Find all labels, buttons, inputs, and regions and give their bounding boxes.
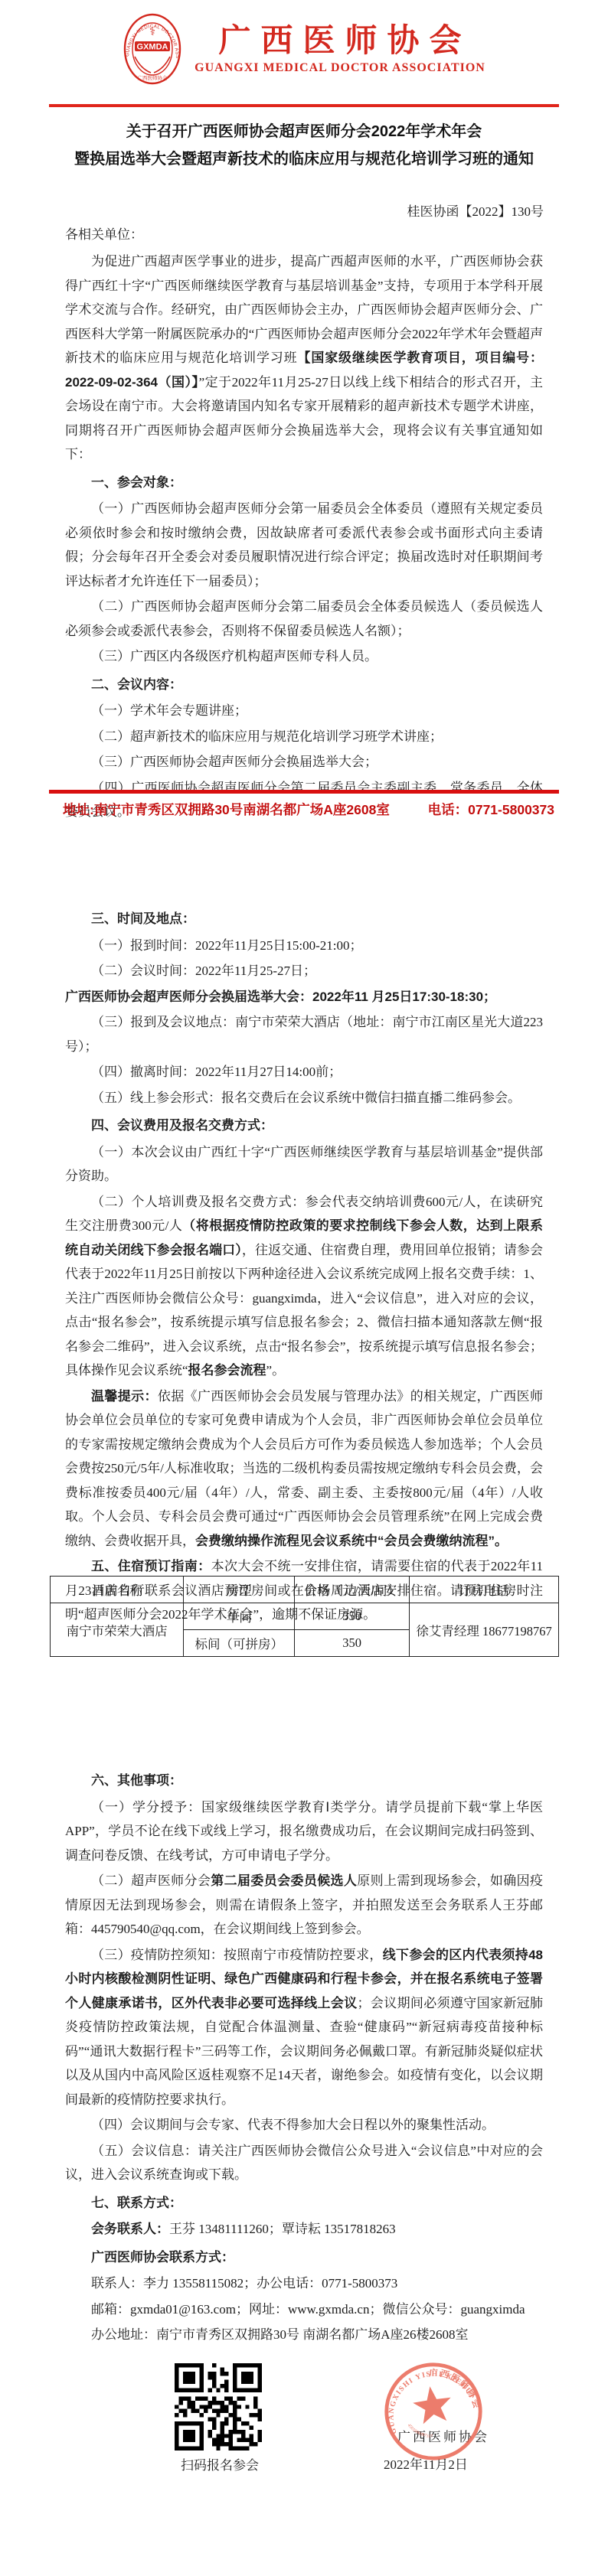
header-price: 价格（元/天/间） — [295, 1577, 410, 1603]
page-footer-rule — [49, 790, 559, 794]
footer-phone: 电话：0771-5800373 — [428, 800, 554, 819]
paragraph: （三）报到及会议地点：南宁市荣荣大酒店（地址：南宁市江南区星光大道223号）； — [65, 1010, 543, 1058]
seal-star — [411, 2384, 454, 2425]
cell-price: 350 — [295, 1603, 410, 1630]
notice-body-page2: 三、时间及地点：（一）报到时间：2022年11月25日15:00-21:00；（… — [65, 903, 543, 1629]
letterhead: GUANGXI MEDICAL DOCTOR ASSOCIATION ⚕ GXM… — [46, 12, 562, 86]
section-heading: 六、其他事项： — [65, 1769, 543, 1793]
paragraph: （一）广西医师协会超声医师分会第一届委员会全体委员（遵照有关规定委员必须依时参会… — [65, 497, 543, 593]
paragraph: （五）线上参会形式：报名交费后在会议系统中微信扫描直播二维码参会。 — [65, 1086, 543, 1110]
header-booking-phone: 订房电话 — [410, 1577, 559, 1603]
seal-serial: 4501006097317 — [406, 2420, 433, 2442]
org-name-cn: 广西医师协会 — [194, 23, 495, 58]
paragraph: 为促进广西超声医学事业的进步，提高广西超声医师的水平，广西医师协会获得广西红十字… — [65, 249, 543, 467]
notice-body-page3: 六、其他事项：（一）学分授予：国家级继续医学教育Ⅰ类学分。请学员提前下载“掌上华… — [65, 1765, 543, 2349]
hotel-booking-table: 酒店名称 房型 价格（元/天/间） 订房电话 南宁市荣荣大酒店 单间 350 徐… — [50, 1576, 559, 1657]
cell-hotel-name: 南宁市荣荣大酒店 — [51, 1603, 184, 1657]
paragraph: （一）本次会议由广西红十字“广西医师继续医学教育与基层培训基金”提供部分资助。 — [65, 1140, 543, 1189]
paragraph: （一）学分授予：国家级继续医学教育Ⅰ类学分。请学员提前下载“掌上华医APP”，学… — [65, 1795, 543, 1868]
page-footer: 地址:南宁市青秀区双拥路30号南湖名都广场A座2608室 电话：0771-580… — [49, 790, 559, 819]
document-title-line1: 关于召开广西医师协会超声医师分会2022年学术年会 — [31, 118, 577, 145]
document-number: 桂医协函【2022】130号 — [407, 201, 544, 220]
paragraph: 温馨提示：依据《广西医师协会会员发展与管理办法》的相关规定，广西医师协会单位会员… — [65, 1384, 543, 1554]
paragraph: （三）广西区内各级医疗机构超声医师专科人员。 — [65, 644, 543, 669]
section-heading: 广西医师协会联系方式： — [65, 2245, 543, 2270]
logo-bottom-text: 广西医师协会 — [138, 74, 168, 81]
cell-price: 350 — [295, 1630, 410, 1657]
svg-text:4501006097317: 4501006097317 — [406, 2420, 433, 2442]
cell-room-type: 单间 — [184, 1603, 295, 1630]
paragraph: （四）会议期间与会专家、代表不得参加大会日程以外的聚集性活动。 — [65, 2113, 543, 2137]
salutation: 各相关单位： — [65, 223, 143, 243]
paragraph: （一）学术年会专题讲座； — [65, 699, 543, 723]
registration-qr-code — [175, 2363, 262, 2450]
paragraph: 联系人：李力 13558115082；办公电话：0771-5800373 — [65, 2271, 543, 2296]
paragraph: （二）超声医师分会第二届委员会委员候选人原则上需到现场参会，如确因疫情原因无法到… — [65, 1869, 543, 1942]
section-heading: 三、时间及地点： — [65, 907, 543, 931]
cell-booking-contact: 徐艾青经理 18677198767 — [410, 1603, 559, 1657]
paragraph: （二）个人培训费及报名交费方式：参会代表交纳培训费600元/人，在读研究生交注册… — [65, 1190, 543, 1383]
letterhead-rule — [49, 104, 559, 107]
paragraph: 广西医师协会超声医师分会换届选举大会：2022年11 月25日17:30-18:… — [65, 985, 543, 1009]
section-heading: 二、会议内容： — [65, 673, 543, 697]
official-seal: GUANGXISHI YISHI XIEHUI 广西医师协会 450100609… — [374, 2353, 492, 2470]
org-title-block: 广西医师协会 GUANGXI MEDICAL DOCTOR ASSOCIATIO… — [194, 23, 485, 74]
section-heading: 四、会议费用及报名交费方式： — [65, 1114, 543, 1138]
logo-abbreviation: GXMDA — [137, 43, 168, 52]
cell-room-type: 标间（可拼房） — [184, 1630, 295, 1657]
paragraph: （四）撤离时间：2022年11月27日14:00前； — [65, 1060, 543, 1084]
paragraph: 会务联系人：王芬 13481111260；覃诗耘 13517818263 — [65, 2217, 543, 2242]
qr-caption: 扫码报名参会 — [162, 2454, 277, 2473]
section-heading: 七、联系方式： — [65, 2191, 543, 2216]
notice-document-page: { "header": { "org_cn": "广西医师协会", "org_e… — [0, 0, 608, 2576]
paragraph: （五）会议信息：请关注广西医师协会微信公众号进入“会议信息”中对应的会议，进入会… — [65, 2139, 543, 2187]
paragraph: （一）报到时间：2022年11月25日15:00-21:00； — [65, 934, 543, 958]
header-hotel-name: 酒店名称 — [51, 1577, 184, 1603]
paragraph: 邮箱：gxmda01@163.com；网址：www.gxmda.cn；微信公众号… — [65, 2297, 543, 2322]
paragraph: （三）疫情防控须知：按照南宁市疫情防控要求，线下参会的区内代表须持48小时内核酸… — [65, 1943, 543, 2112]
association-logo: GUANGXI MEDICAL DOCTOR ASSOCIATION ⚕ GXM… — [123, 12, 182, 86]
section-heading: 一、参会对象： — [65, 471, 543, 495]
paragraph: （三）广西医师协会超声医师分会换届选举大会； — [65, 750, 543, 774]
paragraph: （二）广西医师协会超声医师分会第二届委员会全体委员候选人（委员候选人必须参会或委… — [65, 595, 543, 643]
footer-address: 地址:南宁市青秀区双拥路30号南湖名都广场A座2608室 — [63, 800, 390, 819]
org-name-en: GUANGXI MEDICAL DOCTOR ASSOCIATION — [194, 61, 485, 75]
caduceus-icon: ⚕ — [149, 26, 155, 38]
document-title-line2: 暨换届选举大会暨超声新技术的临床应用与规范化培训学习班的通知 — [31, 145, 577, 173]
paragraph: （二）会议时间：2022年11月25-27日； — [65, 959, 543, 983]
paragraph: （二）超声新技术的临床应用与规范化培训学习班学术讲座； — [65, 725, 543, 749]
table-header-row: 酒店名称 房型 价格（元/天/间） 订房电话 — [51, 1577, 559, 1603]
header-room-type: 房型 — [184, 1577, 295, 1603]
paragraph: 办公地址：南宁市青秀区双拥路30号 南湖名都广场A座26楼2608室 — [65, 2323, 543, 2347]
table-row: 南宁市荣荣大酒店 单间 350 徐艾青经理 18677198767 — [51, 1603, 559, 1630]
document-title: 关于召开广西医师协会超声医师分会2022年学术年会 暨换届选举大会暨超声新技术的… — [31, 118, 577, 173]
notice-body-page1: 为促进广西超声医学事业的进步，提高广西超声医师的水平，广西医师协会获得广西红十字… — [65, 249, 543, 826]
